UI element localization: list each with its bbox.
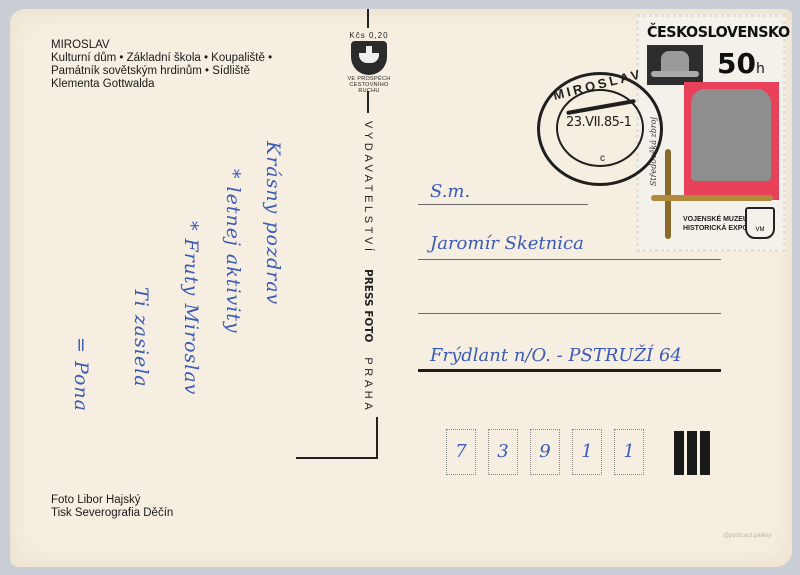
ship-shield-icon bbox=[351, 41, 387, 75]
zip-box: 7 bbox=[446, 429, 476, 475]
address-rule-bold bbox=[418, 369, 721, 372]
publisher-name: VYDAVATELSTVÍ bbox=[362, 121, 374, 255]
postmark-date: 23.VII.85-1 bbox=[566, 115, 631, 130]
crossbow-icon bbox=[651, 195, 773, 201]
postmark: MIROSLAV 23.VII.85-1 c bbox=[537, 72, 663, 186]
address-line-4: Frýdlant n/O. - PSTRUŽÍ 64 bbox=[430, 345, 682, 366]
zip-box: 3 bbox=[488, 429, 518, 475]
address-line-2: Jaromír Sketnica bbox=[430, 233, 584, 254]
credits-block: Foto Libor Hajský Tisk Severografia Děčí… bbox=[51, 494, 173, 520]
helmet-icon bbox=[647, 45, 703, 85]
publisher-imprint: VYDAVATELSTVÍ PRESS FOTO PRAHA bbox=[362, 121, 374, 413]
zip-box: 1 bbox=[614, 429, 644, 475]
caption-line: Klementa Gottwalda bbox=[51, 78, 272, 91]
message-line: Ti zasiela bbox=[130, 287, 152, 388]
address-line-1: S.m. bbox=[430, 181, 470, 202]
watermark: @postcard.gallery bbox=[723, 533, 771, 539]
divider-line bbox=[296, 457, 378, 459]
message-line: * letnej aktivity bbox=[222, 169, 244, 334]
chainmail-shirt-icon bbox=[691, 89, 771, 181]
caption-line: Památník sovětským hrdinům • Sídliště bbox=[51, 65, 272, 78]
tourism-badge: Kčs 0,20 VE PROSPĚCH CESTOVNÍHO RUCHU bbox=[341, 31, 397, 93]
print-credit: Tisk Severografia Děčín bbox=[51, 507, 173, 520]
crossbow-icon bbox=[665, 149, 671, 239]
message-line: = Pona bbox=[70, 337, 92, 412]
badge-arc-text: VE PROSPĚCH CESTOVNÍHO RUCHU bbox=[341, 76, 397, 94]
zip-barcode-marks bbox=[674, 431, 713, 480]
caption-line: Kulturní dům • Základní škola • Koupališ… bbox=[51, 52, 272, 65]
message-line: Krásny pozdrav bbox=[262, 141, 284, 305]
postmark-code: c bbox=[600, 153, 605, 164]
publisher-city: PRAHA bbox=[362, 357, 374, 413]
press-foto-logo: PRESS FOTO bbox=[362, 269, 374, 342]
divider-line bbox=[367, 91, 369, 113]
museum-logo-icon: VM bbox=[745, 207, 775, 239]
caption-block: MIROSLAV Kulturní dům • Základní škola •… bbox=[51, 39, 272, 91]
stamp-country: ČESKOSLOVENSKO bbox=[647, 23, 790, 41]
divider-line bbox=[367, 9, 369, 28]
address-rule bbox=[418, 259, 721, 260]
address-rule bbox=[418, 313, 721, 314]
message-line: * Fruty Miroslav bbox=[180, 221, 202, 395]
zip-box: 1 bbox=[572, 429, 602, 475]
zip-box: 9 bbox=[530, 429, 560, 475]
stamp-value: 50h bbox=[717, 47, 765, 80]
caption-title: MIROSLAV bbox=[51, 39, 272, 52]
badge-price: Kčs 0,20 bbox=[341, 31, 397, 40]
address-rule bbox=[418, 204, 588, 205]
postcard-back: MIROSLAV Kulturní dům • Základní škola •… bbox=[10, 9, 792, 567]
photo-credit: Foto Libor Hajský bbox=[51, 494, 173, 507]
divider-line bbox=[376, 417, 378, 459]
